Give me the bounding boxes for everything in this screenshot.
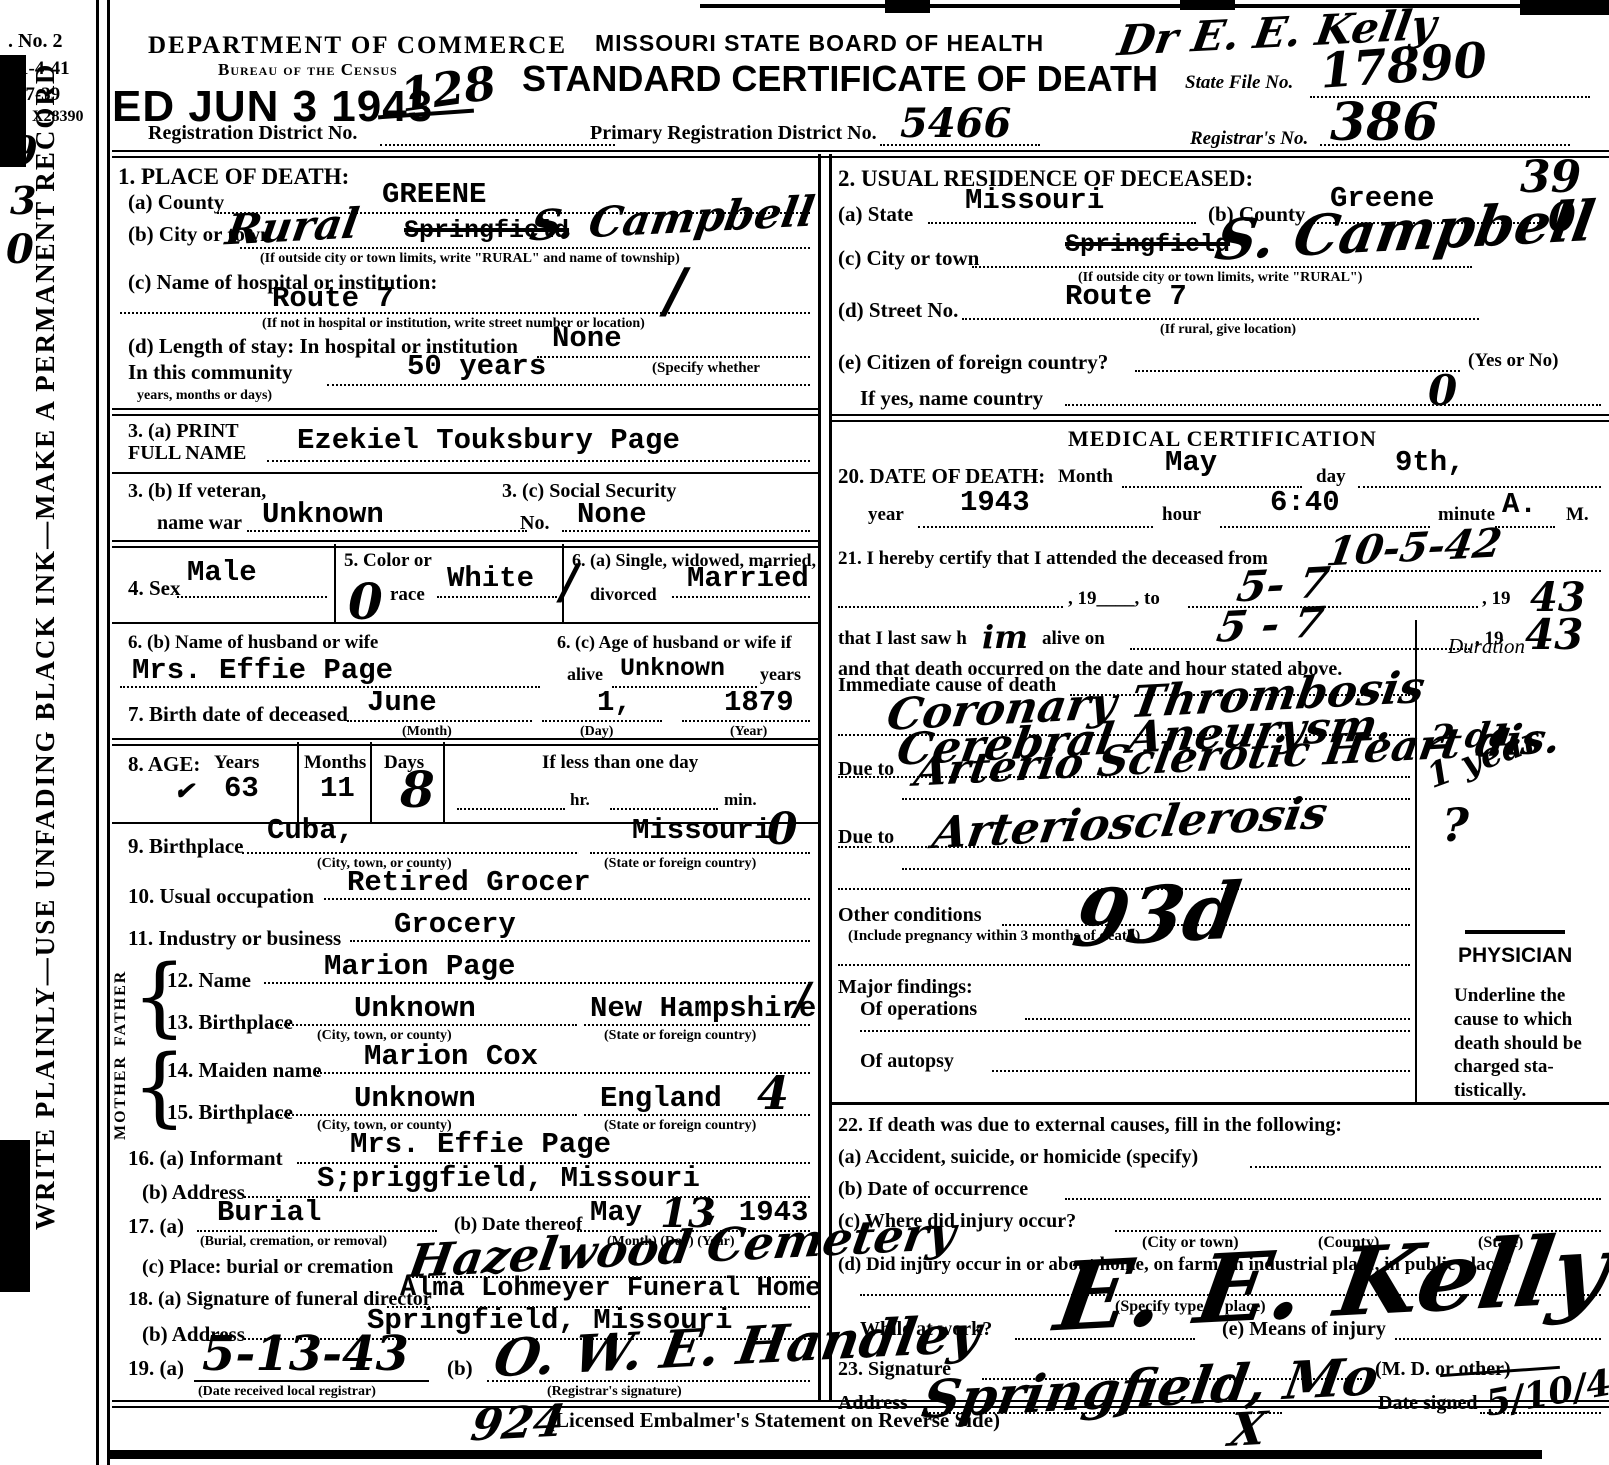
physician-rule — [1465, 930, 1565, 934]
street-line — [962, 318, 1479, 320]
father-group-label: FATHER — [112, 960, 130, 1046]
scan-artifact — [885, 0, 930, 13]
spouse-age-label: 6. (c) Age of husband or wife if — [557, 632, 792, 653]
pen-x-mark: X — [1226, 1401, 1271, 1457]
ssn-line — [562, 530, 810, 532]
age-months-value: 11 — [320, 772, 355, 805]
section-divider — [112, 622, 818, 624]
date-signed-label: Date signed — [1378, 1392, 1477, 1415]
accident-label: (a) Accident, suicide, or homicide (spec… — [838, 1146, 1198, 1169]
dod-day-line — [1358, 486, 1601, 488]
father-name-line — [264, 982, 810, 984]
cell-divider — [370, 742, 372, 822]
dod-month-value: May — [1165, 446, 1217, 479]
underline-note: Underline the cause to which death shoul… — [1454, 984, 1602, 1103]
registrar-number-line — [1320, 144, 1570, 146]
dod-minute-line — [1495, 526, 1555, 528]
attended-label: 21. I hereby certify that I attended the… — [838, 548, 1268, 570]
blank-rule — [860, 1030, 1410, 1032]
disposal-type-line — [197, 1230, 437, 1232]
fullname-line — [267, 460, 810, 462]
citizen-hint: (Yes or No) — [1468, 350, 1558, 372]
hospital-value: Route 7 — [272, 282, 394, 315]
birth-year-line — [682, 720, 810, 722]
board-title: MISSOURI STATE BOARD OF HEALTH — [595, 30, 1044, 57]
mother-name-label: 14. Maiden name — [167, 1058, 322, 1083]
sex-value: Male — [187, 556, 257, 589]
informant-address-value: S;priggfield, Missouri — [317, 1162, 700, 1195]
spouse-value: Mrs. Effie Page — [132, 654, 393, 687]
disposal-type-value: Burial — [217, 1196, 321, 1229]
left-column: 1. PLACE OF DEATH: (a) County GREENE (b)… — [112, 158, 818, 1400]
sex-line — [177, 596, 327, 598]
ssn-sub-label: No. — [520, 512, 549, 535]
race-line — [437, 596, 557, 598]
pen-four-mark: 4 — [757, 1066, 789, 1120]
section-divider — [112, 540, 818, 548]
autopsy-label: Of autopsy — [860, 1050, 954, 1073]
pen-slash: / — [560, 554, 578, 610]
certificate-title: STANDARD CERTIFICATE OF DEATH — [522, 58, 1158, 100]
received-hint: (Date received local registrar) — [198, 1384, 376, 1400]
mother-birthplace-city: Unknown — [354, 1082, 476, 1115]
occurrence-date-line — [1065, 1198, 1601, 1200]
spouse-label: 6. (b) Name of husband or wife — [128, 632, 378, 654]
last-saw-line — [1130, 648, 1470, 650]
autopsy-line — [992, 1070, 1410, 1072]
dod-year-label: year — [868, 504, 904, 526]
industry-line — [350, 940, 810, 942]
occupation-value: Retired Grocer — [347, 866, 591, 899]
scan-artifact — [1180, 0, 1235, 10]
right-column: 2. USUAL RESIDENCE OF DECEASED: 39 0 (a)… — [830, 158, 1609, 1400]
registrar-number-label: Registrar's No. — [1190, 128, 1308, 150]
print-label: 3. (a) PRINT — [128, 420, 239, 443]
community-line — [327, 384, 810, 386]
embalmer-note: (Licensed Embalmer's Statement on Revers… — [548, 1408, 1000, 1433]
dod-minute-value: A. — [1502, 488, 1537, 521]
last-saw-him: im — [982, 618, 1028, 656]
specify-hint: (Specify whether — [652, 360, 760, 377]
due-to-1-label: Due to — [838, 758, 894, 781]
age-hr-line — [457, 808, 565, 810]
dod-year-value: 1943 — [960, 486, 1030, 519]
marital-line — [672, 596, 810, 598]
birthplace-label: 9. Birthplace — [128, 834, 244, 859]
age-less-label: If less than one day — [542, 752, 698, 774]
community-label: In this community — [128, 360, 293, 385]
primary-district-value: 5466 — [900, 100, 1011, 147]
last-saw-date: 5 - 7 — [1214, 597, 1328, 651]
physician-label: PHYSICIAN — [1458, 944, 1572, 968]
mother-birthplace-city-line — [277, 1114, 577, 1116]
scan-artifact — [700, 4, 1609, 8]
street-value: Route 7 — [1065, 280, 1187, 313]
city-script-value: S. Campbell — [527, 187, 818, 251]
other-conditions-rule — [838, 964, 1410, 966]
disposal-type-label: 17. (a) — [128, 1214, 184, 1239]
street-label: (d) Street No. — [838, 298, 958, 323]
state-file-label: State File No. — [1185, 72, 1293, 94]
age-min-label: min. — [724, 790, 757, 810]
signature-hint: (M. D. or other) — [1375, 1358, 1511, 1381]
community-value: 50 years — [407, 350, 546, 383]
alive-on-label: alive on — [1042, 628, 1105, 650]
other-conditions-label: Other conditions — [838, 904, 982, 927]
race-label: 5. Color or — [344, 550, 432, 572]
birthplace-city-value: Cuba, — [267, 814, 354, 847]
birthplace-city-line — [242, 852, 577, 854]
disposal-type-hint: (Burial, cremation, or removal) — [200, 1234, 387, 1250]
birthdate-label: 7. Birth date of deceased — [128, 702, 348, 727]
informant-value: Mrs. Effie Page — [350, 1128, 611, 1161]
section-divider — [830, 414, 1609, 422]
fullname-label: FULL NAME — [128, 442, 246, 465]
age-hr-label: hr. — [570, 790, 590, 810]
medical-certification-title: MEDICAL CERTIFICATION — [1068, 426, 1377, 452]
age-days-value: 8 — [400, 760, 435, 819]
received-date-value: 5-13-43 — [202, 1326, 409, 1382]
father-name-label: 12. Name — [167, 968, 251, 993]
mother-birthplace-state-line — [584, 1114, 810, 1116]
state-file-value: 17890 — [1318, 32, 1488, 100]
mother-name-line — [317, 1072, 810, 1074]
scan-artifact — [1520, 0, 1609, 15]
primary-district-label: Primary Registration District No. — [590, 122, 877, 145]
department-title: DEPARTMENT OF COMMERCE — [148, 32, 567, 60]
age-years-value: 63 — [224, 772, 259, 805]
section-divider — [112, 408, 818, 416]
attended-from-line — [1318, 570, 1601, 572]
attended-from-value: 10-5-42 — [1323, 520, 1505, 576]
last-saw-year: 43 — [1525, 610, 1583, 659]
birth-month-line — [347, 720, 532, 722]
father-birthplace-city: Unknown — [354, 992, 476, 1025]
dod-day-value: 9th, — [1395, 446, 1465, 479]
fullname-value: Ezekiel Touksbury Page — [297, 424, 680, 457]
residence-city-struck: Springfield — [1065, 230, 1230, 259]
place-of-death-title: 1. PLACE OF DEATH: — [118, 164, 349, 190]
community-hint: years, months or days) — [137, 388, 272, 404]
pen-zero-mark: 0 — [1428, 366, 1457, 415]
registration-district-label: Registration District No. — [148, 122, 357, 145]
birthplace-state-line — [590, 852, 810, 854]
birth-day-line — [542, 720, 662, 722]
informant-label: 16. (a) Informant — [128, 1146, 283, 1171]
attended-19-label: , 19____, to — [1068, 588, 1160, 610]
form-number: . No. 2 — [8, 30, 62, 53]
marital-value: Married — [687, 562, 809, 595]
registration-district-line — [380, 144, 615, 146]
external-causes-title: 22. If death was due to external causes,… — [838, 1114, 1342, 1137]
race-value: White — [447, 562, 534, 595]
mother-birthplace-state: England — [600, 1082, 722, 1115]
stay-value: None — [552, 322, 622, 355]
veteran-line — [247, 530, 527, 532]
residence-state-label: (a) State — [838, 202, 913, 227]
disposal-place-label: (c) Place: burial or cremation — [142, 1256, 393, 1279]
father-birthplace-state: New Hampshire — [590, 992, 816, 1025]
stay-line — [537, 356, 810, 358]
scan-artifact — [110, 1450, 1542, 1459]
accident-line — [1250, 1166, 1601, 1168]
spouse-age-suffix: years — [760, 664, 801, 685]
spouse-line — [120, 686, 540, 688]
residence-city-label: (c) City or town — [838, 246, 979, 271]
pen-zero-mark: 0 — [767, 804, 798, 855]
father-birthplace-state-hint: (State or foreign country) — [604, 1028, 756, 1044]
cell-divider — [297, 742, 299, 822]
pen-checkmark: ✔ — [174, 776, 194, 805]
birthplace-state-value: Missouri — [632, 814, 771, 847]
birth-day-value: 1, — [597, 686, 632, 719]
age-years-label: Years — [214, 752, 259, 774]
operations-line — [1025, 1018, 1410, 1020]
spouse-age-value: Unknown — [620, 654, 725, 683]
dod-month-label: Month — [1058, 466, 1113, 488]
date-signed-line — [1480, 1412, 1601, 1414]
section-divider — [830, 1102, 1609, 1105]
mother-birthplace-state-hint: (State or foreign country) — [604, 1118, 756, 1134]
occupation-line — [324, 898, 810, 900]
injury-where-label: (c) Where did injury occur? — [838, 1210, 1076, 1233]
attended-19b-label: , 19 — [1482, 588, 1511, 610]
county-label: (a) County — [128, 190, 224, 215]
received-label: 19. (a) — [128, 1356, 184, 1381]
cell-divider — [443, 742, 445, 822]
due-to-2-label: Due to — [838, 826, 894, 849]
father-name-value: Marion Page — [324, 950, 515, 983]
veteran-value: Unknown — [262, 498, 384, 531]
race-sub-label: race — [390, 584, 425, 606]
industry-value: Grocery — [394, 908, 516, 941]
dod-day-label: day — [1316, 466, 1346, 488]
county-value: GREENE — [382, 178, 486, 211]
received-line — [194, 1380, 429, 1382]
primary-district-line — [880, 144, 1040, 146]
margin-instruction: WRITE PLAINLY—USE UNFADING BLACK INK—MAK… — [30, 175, 61, 1230]
country-line — [1065, 404, 1601, 406]
funeral-director-value: Alma Lohmeyer Funeral Home — [400, 1274, 821, 1304]
pen-slash: / — [794, 974, 810, 1025]
other-conditions-handwritten: 93d — [1067, 866, 1246, 965]
bureau-title: Bureau of the Census — [218, 60, 398, 80]
physician-signature: E. E. Kelly — [1048, 1214, 1609, 1353]
hospital-line — [120, 312, 810, 314]
dod-hour-label: hour — [1162, 504, 1201, 526]
duration-header: Duration — [1448, 634, 1525, 659]
birthplace-state-hint: (State or foreign country) — [604, 856, 756, 872]
age-months-label: Months — [304, 752, 366, 774]
birth-month-value: June — [367, 686, 437, 719]
left-border — [96, 0, 110, 1465]
last-saw-label: that I last saw h — [838, 628, 967, 650]
sex-label: 4. Sex — [128, 576, 181, 601]
citizen-label: (e) Citizen of foreign country? — [838, 350, 1108, 375]
city-hint: (If outside city or town limits, write "… — [260, 251, 680, 267]
marital-sub-label: divorced — [590, 584, 657, 605]
mother-group-label: MOTHER — [112, 1050, 130, 1140]
registrar-sig-line — [487, 1380, 810, 1382]
due-to-2-duration: ? — [1442, 798, 1469, 852]
age-label: 8. AGE: — [128, 752, 200, 777]
birth-year-value: 1879 — [724, 686, 794, 719]
means-of-injury-line — [1395, 1338, 1601, 1340]
country-label: If yes, name country — [860, 386, 1043, 411]
residence-city-line — [972, 266, 1472, 268]
registrar-sig-label: (b) — [447, 1356, 473, 1381]
mother-name-value: Marion Cox — [364, 1040, 538, 1073]
veteran-label: 3. (b) If veteran, — [128, 480, 266, 503]
death-certificate-page: . No. 2 —1-4-41 5-17-39 X28390 9 3 0 WRI… — [0, 0, 1609, 1465]
city-line — [240, 247, 810, 249]
mother-birthplace-label: 15. Birthplace — [167, 1100, 293, 1125]
citizen-line — [1135, 370, 1460, 372]
while-at-work-label: While at work? — [860, 1318, 992, 1341]
section-divider — [112, 738, 818, 746]
scan-artifact — [0, 1140, 30, 1292]
pen-slash: / — [664, 256, 686, 326]
residence-state-value: Missouri — [965, 184, 1104, 217]
veteran-sub-label: name war — [157, 512, 242, 535]
street-hint: (If rural, give location) — [1160, 322, 1296, 338]
cell-divider — [334, 544, 336, 622]
age-min-line — [610, 808, 718, 810]
dod-m-label: M. — [1566, 504, 1589, 526]
section-divider — [112, 472, 818, 474]
ssn-value: None — [577, 498, 647, 531]
operations-label: Of operations — [860, 998, 977, 1021]
father-birthplace-city-line — [277, 1024, 577, 1026]
occupation-label: 10. Usual occupation — [128, 884, 314, 909]
father-birthplace-label: 13. Birthplace — [167, 1010, 293, 1035]
spouse-age-sub-label: alive — [567, 664, 603, 685]
dod-hour-value: 6:40 — [1270, 486, 1340, 519]
attended-line2 — [838, 606, 1063, 608]
residence-state-line — [928, 222, 1196, 224]
major-findings-label: Major findings: — [838, 976, 973, 999]
father-birthplace-state-line — [584, 1024, 810, 1026]
dod-year-line — [918, 526, 1153, 528]
occurrence-date-label: (b) Date of occurrence — [838, 1178, 1028, 1201]
